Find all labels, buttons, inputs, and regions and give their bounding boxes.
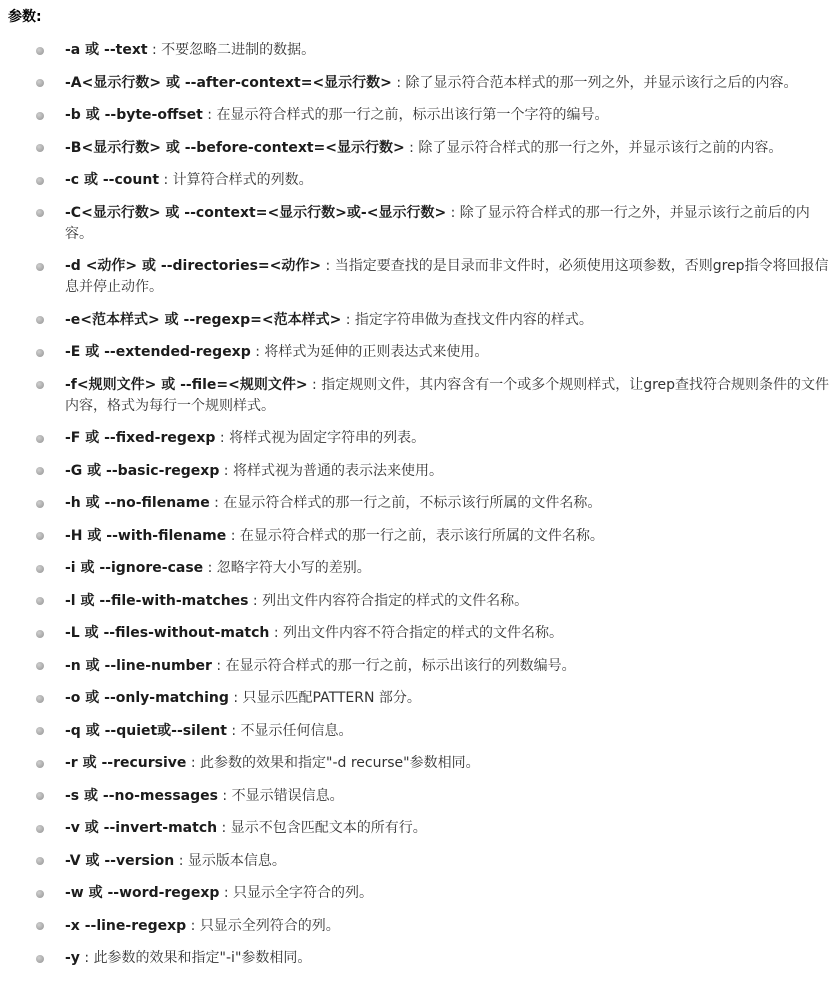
separator: : — [269, 625, 283, 641]
bullet-icon — [36, 792, 44, 800]
option-name: -x --line-regexp — [65, 918, 186, 934]
option-name: -b 或 --byte-offset — [65, 107, 203, 123]
bullet-icon — [36, 955, 44, 963]
separator: : — [203, 107, 217, 123]
bullet-icon — [36, 381, 44, 389]
list-item: -n 或 --line-number : 在显示符合样式的那一行之前，标示出该行… — [65, 656, 832, 677]
list-item: -y : 此参数的效果和指定"-i"参数相同。 — [65, 948, 832, 969]
separator: : — [229, 690, 243, 706]
option-description: 计算符合样式的列数。 — [173, 172, 313, 188]
option-description: 不显示错误信息。 — [232, 788, 344, 804]
separator: : — [159, 172, 173, 188]
bullet-icon — [36, 47, 44, 55]
bullet-icon — [36, 890, 44, 898]
option-description: 将样式视为固定字符串的列表。 — [229, 430, 425, 446]
list-item: -V 或 --version : 显示版本信息。 — [65, 851, 832, 872]
bullet-icon — [36, 922, 44, 930]
option-name: -o 或 --only-matching — [65, 690, 229, 706]
option-name: -h 或 --no-filename — [65, 495, 210, 511]
separator: : — [251, 344, 265, 360]
bullet-icon — [36, 695, 44, 703]
option-description: 不显示任何信息。 — [241, 723, 353, 739]
option-description: 将样式视为普通的表示法来使用。 — [233, 463, 443, 479]
list-item: -E 或 --extended-regexp : 将样式为延伸的正则表达式来使用… — [65, 342, 832, 363]
option-description: 只显示全字符合的列。 — [233, 885, 373, 901]
option-name: -V 或 --version — [65, 853, 174, 869]
list-item: -q 或 --quiet或--silent : 不显示任何信息。 — [65, 721, 832, 742]
list-item: -h 或 --no-filename : 在显示符合样式的那一行之前，不标示该行… — [65, 493, 832, 514]
separator: : — [148, 42, 162, 58]
option-name: -f<规则文件> 或 --file=<规则文件> — [65, 377, 308, 393]
section-title: 参数: — [8, 7, 838, 28]
separator: : — [219, 463, 233, 479]
list-item: -c 或 --count : 计算符合样式的列数。 — [65, 170, 832, 191]
separator: : — [217, 820, 231, 836]
bullet-icon — [36, 662, 44, 670]
list-item: -a 或 --text : 不要忽略二进制的数据。 — [65, 40, 832, 61]
option-description: 在显示符合样式的那一行之前，标示出该行的列数编号。 — [226, 658, 576, 674]
option-name: -w 或 --word-regexp — [65, 885, 219, 901]
list-item: -w 或 --word-regexp : 只显示全字符合的列。 — [65, 883, 832, 904]
separator: : — [215, 430, 229, 446]
list-item: -o 或 --only-matching : 只显示匹配PATTERN 部分。 — [65, 688, 832, 709]
bullet-icon — [36, 825, 44, 833]
separator: : — [446, 205, 460, 221]
separator: : — [218, 788, 232, 804]
option-name: -F 或 --fixed-regexp — [65, 430, 215, 446]
bullet-icon — [36, 435, 44, 443]
bullet-icon — [36, 467, 44, 475]
list-item: -C<显示行数> 或 --context=<显示行数>或-<显示行数> : 除了… — [65, 203, 832, 245]
list-item: -v 或 --invert-match : 显示不包含匹配文本的所有行。 — [65, 818, 832, 839]
bullet-icon — [36, 112, 44, 120]
option-name: -c 或 --count — [65, 172, 159, 188]
option-name: -i 或 --ignore-case — [65, 560, 203, 576]
option-name: -a 或 --text — [65, 42, 148, 58]
separator: : — [405, 140, 419, 156]
list-item: -L 或 --files-without-match : 列出文件内容不符合指定… — [65, 623, 832, 644]
list-item: -x --line-regexp : 只显示全列符合的列。 — [65, 916, 832, 937]
option-description: 不要忽略二进制的数据。 — [161, 42, 315, 58]
option-description: 显示不包含匹配文本的所有行。 — [231, 820, 427, 836]
option-name: -r 或 --recursive — [65, 755, 186, 771]
option-name: -y — [65, 950, 80, 966]
separator: : — [186, 918, 200, 934]
separator: : — [392, 75, 406, 91]
separator: : — [308, 377, 322, 393]
list-item: -r 或 --recursive : 此参数的效果和指定"-d recurse"… — [65, 753, 832, 774]
option-description: 将样式为延伸的正则表达式来使用。 — [264, 344, 488, 360]
bullet-icon — [36, 500, 44, 508]
parameter-list: -a 或 --text : 不要忽略二进制的数据。-A<显示行数> 或 --af… — [0, 40, 838, 989]
separator: : — [226, 528, 240, 544]
separator: : — [321, 258, 335, 274]
bullet-icon — [36, 565, 44, 573]
separator: : — [219, 885, 233, 901]
option-name: -B<显示行数> 或 --before-context=<显示行数> — [65, 140, 405, 156]
list-item: -F 或 --fixed-regexp : 将样式视为固定字符串的列表。 — [65, 428, 832, 449]
option-name: -l 或 --file-with-matches — [65, 593, 248, 609]
bullet-icon — [36, 79, 44, 87]
option-name: -A<显示行数> 或 --after-context=<显示行数> — [65, 75, 392, 91]
separator: : — [80, 950, 94, 966]
option-description: 在显示符合样式的那一行之前，不标示该行所属的文件名称。 — [223, 495, 601, 511]
bullet-icon — [36, 349, 44, 357]
bullet-icon — [36, 857, 44, 865]
option-description: 在显示符合样式的那一行之前，表示该行所属的文件名称。 — [240, 528, 604, 544]
list-item: -G 或 --basic-regexp : 将样式视为普通的表示法来使用。 — [65, 461, 832, 482]
bullet-icon — [36, 727, 44, 735]
option-description: 除了显示符合范本样式的那一列之外，并显示该行之后的内容。 — [406, 75, 798, 91]
separator: : — [210, 495, 224, 511]
bullet-icon — [36, 144, 44, 152]
list-item: -i 或 --ignore-case : 忽略字符大小写的差别。 — [65, 558, 832, 579]
list-item: -f<规则文件> 或 --file=<规则文件> : 指定规则文件，其内容含有一… — [65, 375, 832, 417]
option-description: 指定字符串做为查找文件内容的样式。 — [355, 312, 593, 328]
list-item: -e<范本样式> 或 --regexp=<范本样式> : 指定字符串做为查找文件… — [65, 310, 832, 331]
option-description: 此参数的效果和指定"-i"参数相同。 — [94, 950, 312, 966]
option-name: -n 或 --line-number — [65, 658, 212, 674]
bullet-icon — [36, 316, 44, 324]
list-item: -s 或 --no-messages : 不显示错误信息。 — [65, 786, 832, 807]
list-item: -B<显示行数> 或 --before-context=<显示行数> : 除了显… — [65, 138, 832, 159]
separator: : — [203, 560, 217, 576]
option-description: 此参数的效果和指定"-d recurse"参数相同。 — [200, 755, 480, 771]
document-page: 参数: -a 或 --text : 不要忽略二进制的数据。-A<显示行数> 或 … — [0, 7, 838, 989]
bullet-icon — [36, 597, 44, 605]
option-name: -d <动作> 或 --directories=<动作> — [65, 258, 321, 274]
option-description: 除了显示符合样式的那一行之外，并显示该行之前的内容。 — [418, 140, 782, 156]
list-item: -l 或 --file-with-matches : 列出文件内容符合指定的样式… — [65, 591, 832, 612]
separator: : — [186, 755, 200, 771]
option-description: 列出文件内容不符合指定的样式的文件名称。 — [283, 625, 563, 641]
separator: : — [248, 593, 262, 609]
option-name: -s 或 --no-messages — [65, 788, 218, 804]
separator: : — [341, 312, 355, 328]
bullet-icon — [36, 532, 44, 540]
bullet-icon — [36, 263, 44, 271]
option-description: 忽略字符大小写的差别。 — [217, 560, 371, 576]
option-name: -E 或 --extended-regexp — [65, 344, 251, 360]
bullet-icon — [36, 177, 44, 185]
option-description: 显示版本信息。 — [188, 853, 286, 869]
separator: : — [174, 853, 188, 869]
option-name: -L 或 --files-without-match — [65, 625, 269, 641]
option-name: -C<显示行数> 或 --context=<显示行数>或-<显示行数> — [65, 205, 446, 221]
option-name: -G 或 --basic-regexp — [65, 463, 219, 479]
bullet-icon — [36, 209, 44, 217]
bullet-icon — [36, 630, 44, 638]
list-item: -d <动作> 或 --directories=<动作> : 当指定要查找的是目… — [65, 256, 832, 298]
list-item: -A<显示行数> 或 --after-context=<显示行数> : 除了显示… — [65, 73, 832, 94]
list-item: -b 或 --byte-offset : 在显示符合样式的那一行之前，标示出该行… — [65, 105, 832, 126]
option-name: -v 或 --invert-match — [65, 820, 217, 836]
option-description: 列出文件内容符合指定的样式的文件名称。 — [262, 593, 528, 609]
option-description: 只显示匹配PATTERN 部分。 — [243, 690, 421, 706]
separator: : — [212, 658, 226, 674]
option-name: -e<范本样式> 或 --regexp=<范本样式> — [65, 312, 341, 328]
option-description: 在显示符合样式的那一行之前，标示出该行第一个字符的编号。 — [216, 107, 608, 123]
option-name: -H 或 --with-filename — [65, 528, 226, 544]
list-item: -H 或 --with-filename : 在显示符合样式的那一行之前，表示该… — [65, 526, 832, 547]
separator: : — [227, 723, 241, 739]
option-description: 只显示全列符合的列。 — [200, 918, 340, 934]
bullet-icon — [36, 760, 44, 768]
option-name: -q 或 --quiet或--silent — [65, 723, 227, 739]
